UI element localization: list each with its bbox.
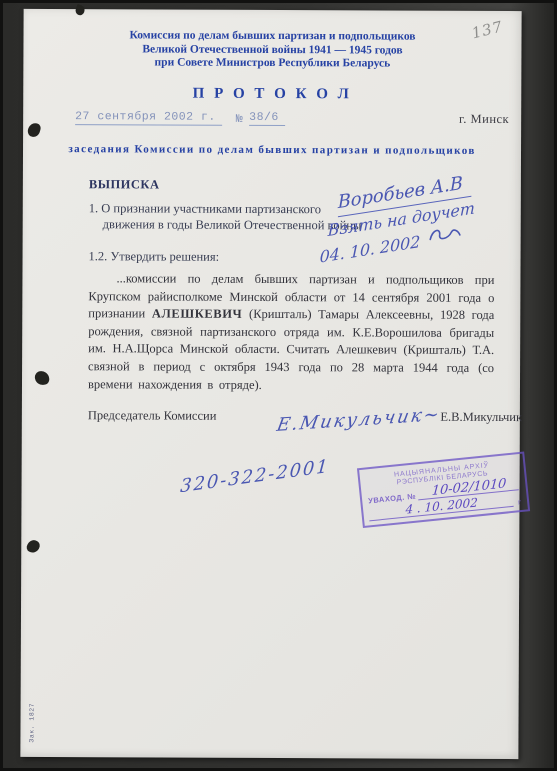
city-label: г. Минск [459, 112, 509, 127]
annotation-signature-flourish [426, 223, 463, 253]
signer-role: Председатель Комиссии [88, 408, 217, 424]
punch-hole [34, 370, 50, 386]
stamp-year-letter: г [517, 497, 521, 506]
handwritten-signature: Е.Микульчик~ [275, 404, 442, 436]
resolution-item: 1.2. Утвердить решения: [89, 249, 220, 265]
signature-row: Председатель Комиссии Е.Микульчик~ Е.В.М… [88, 408, 502, 431]
document-date: 27 сентября 2002 г. [75, 110, 222, 126]
signer-name: Е.В.Микульчик [440, 410, 522, 425]
extract-label: ВЫПИСКА [89, 177, 160, 192]
person-surname-bold: АЛЕШКЕВИЧ [152, 307, 243, 321]
agenda-item-1-line1: 1. О признании участниками партизанского [89, 201, 362, 218]
document-page: 137 Комиссия по делам бывших партизан и … [20, 9, 521, 759]
number-sign: № [236, 113, 243, 126]
handwritten-file-number: 320-322-2001 [179, 456, 330, 498]
punch-hole [26, 122, 41, 139]
punch-hole [25, 538, 42, 555]
print-order-mark: Зак. 1827 [28, 703, 35, 743]
resolution-paragraph: ...комиссии по делам бывших партизан и п… [88, 270, 495, 395]
agenda-item-1: 1. О признании участниками партизанского… [89, 201, 362, 233]
org-header-line3: при Совете Министров Республики Беларусь [23, 56, 521, 72]
handwritten-annotation: Воробьев А.В Взять на доучет 04. 10. 200… [336, 171, 481, 266]
document-number: 38/6 [249, 111, 285, 126]
agenda-item-1-line2: движения в годы Великой Отечественной во… [103, 217, 362, 234]
organization-header: Комиссия по делам бывших партизан и подп… [23, 29, 521, 72]
document-title: П Р О Т О К О Л [23, 85, 521, 104]
archive-entry-stamp: НАЦЫЯНАЛЬНЫ АРХІЎ РЭСПУБЛІКІ БЕЛАРУСЬ УВ… [357, 451, 530, 528]
date-line: 27 сентября 2002 г. № 38/6 г. Минск [75, 110, 509, 127]
document-subtitle: заседания Комиссии по делам бывших парти… [23, 143, 521, 157]
